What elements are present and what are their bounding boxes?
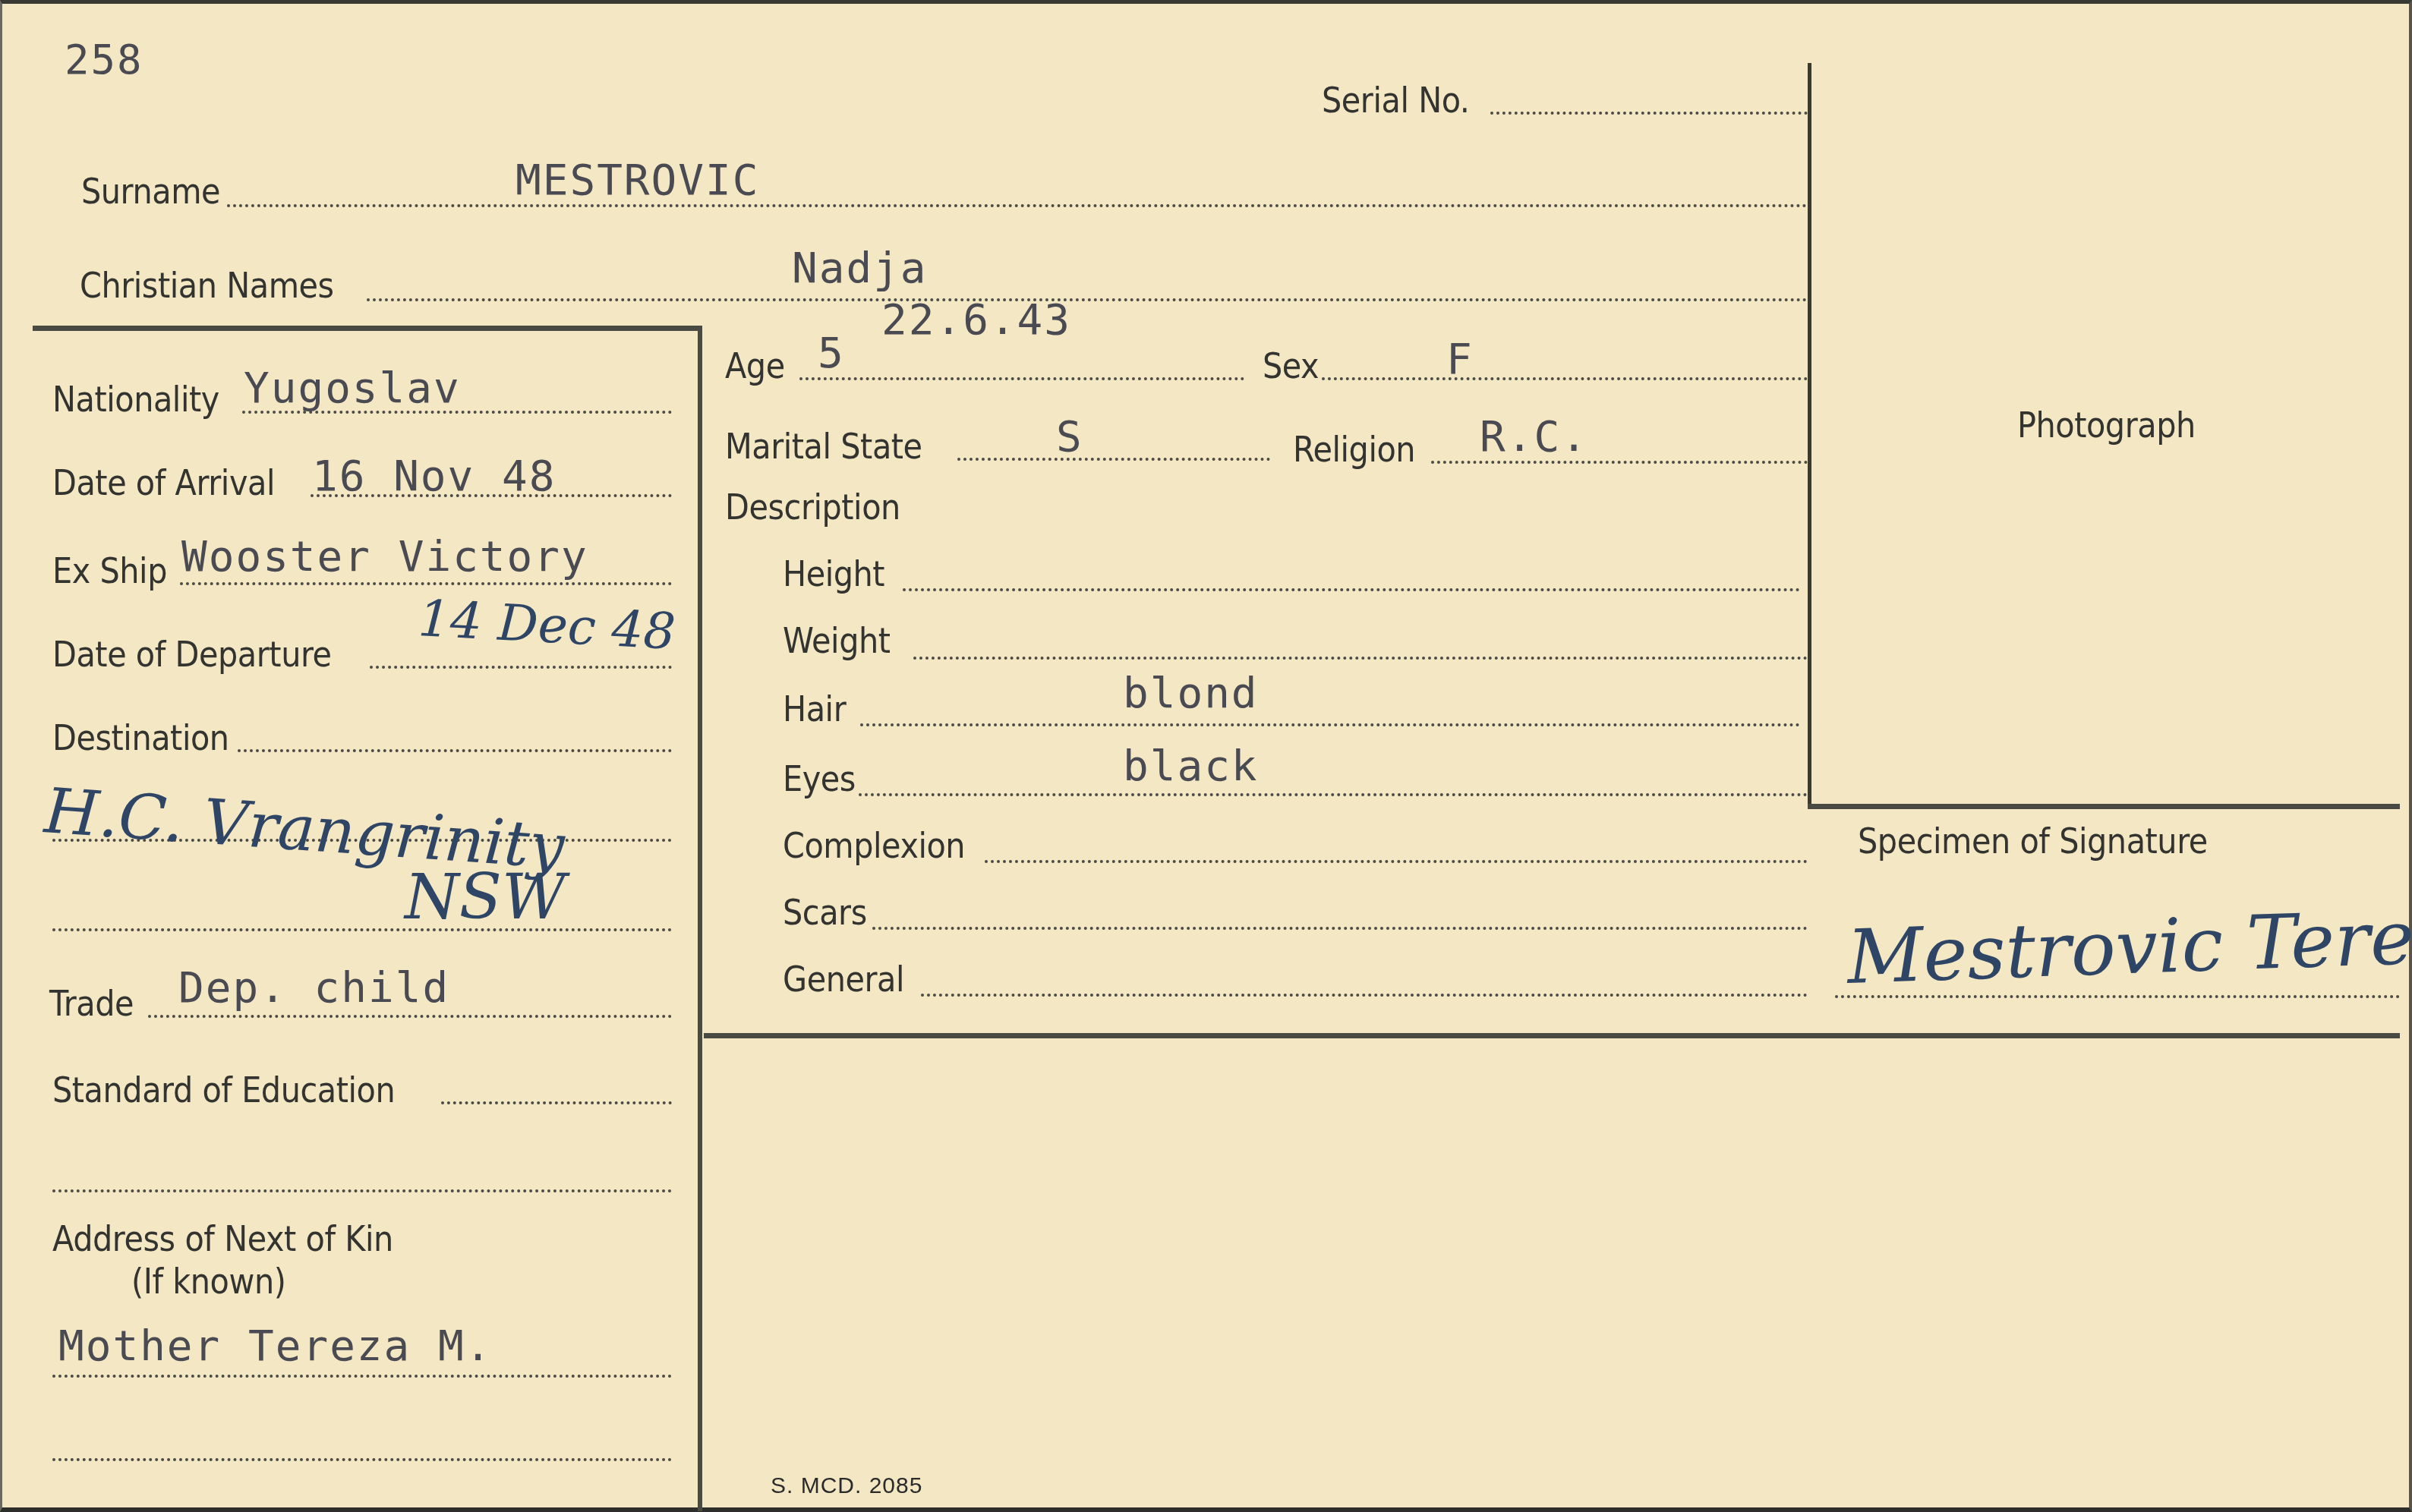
marital-state-value: S — [1056, 412, 1083, 461]
date-of-departure-value: 14 Dec 48 — [417, 589, 676, 661]
sex-field[interactable] — [1322, 377, 1808, 380]
destination-label: Destination — [52, 717, 229, 758]
destination-field-1[interactable] — [238, 749, 672, 752]
religion-value: R.C. — [1480, 412, 1588, 461]
trade-field[interactable] — [148, 1015, 672, 1018]
date-of-departure-field[interactable] — [370, 666, 672, 669]
sex-value: F — [1446, 335, 1474, 384]
destination-value-line2: NSW — [405, 862, 566, 934]
religion-label: Religion — [1293, 429, 1415, 470]
sex-label: Sex — [1263, 345, 1319, 386]
height-label: Height — [783, 553, 884, 594]
standard-of-education-label: Standard of Education — [52, 1069, 395, 1110]
signature-label: Specimen of Signature — [1858, 821, 2208, 862]
destination-field-3[interactable] — [52, 928, 672, 931]
form-code: S. MCD. 2085 — [771, 1473, 922, 1499]
date-of-birth-value: 22.6.43 — [881, 295, 1071, 345]
trade-label: Trade — [49, 983, 134, 1024]
complexion-field[interactable] — [985, 860, 1808, 863]
marital-state-label: Marital State — [725, 426, 922, 467]
trade-value: Dep. child — [178, 963, 449, 1013]
nationality-value: Yugoslav — [244, 364, 461, 413]
date-of-arrival-value: 16 Nov 48 — [312, 452, 556, 501]
ex-ship-label: Ex Ship — [52, 550, 167, 591]
left-column-top-rule — [33, 326, 701, 331]
left-column-divider — [698, 326, 702, 1511]
scars-field[interactable] — [872, 927, 1808, 930]
eyes-label: Eyes — [783, 758, 856, 799]
standard-of-education-field[interactable] — [441, 1101, 672, 1104]
age-label: Age — [725, 345, 785, 386]
standard-of-education-field-2[interactable] — [52, 1189, 672, 1192]
ex-ship-value: Wooster Victory — [181, 532, 588, 581]
hair-value: blond — [1123, 669, 1259, 718]
weight-field[interactable] — [913, 657, 1808, 660]
complexion-label: Complexion — [783, 825, 965, 866]
age-value: 5 — [818, 329, 845, 378]
height-field[interactable] — [903, 588, 1800, 591]
next-of-kin-sublabel: (If known) — [131, 1261, 285, 1302]
description-label: Description — [725, 487, 900, 528]
christian-names-field[interactable] — [367, 298, 1808, 301]
date-of-arrival-label: Date of Arrival — [52, 462, 275, 503]
general-field[interactable] — [921, 994, 1808, 997]
hair-field[interactable] — [860, 723, 1800, 726]
serial-no-label: Serial No. — [1322, 80, 1470, 121]
photo-box-left-border — [1808, 63, 1811, 807]
next-of-kin-field[interactable] — [52, 1375, 672, 1378]
christian-names-label: Christian Names — [80, 265, 334, 306]
nationality-label: Nationality — [52, 379, 219, 420]
weight-label: Weight — [783, 620, 891, 661]
christian-names-value: Nadja — [792, 244, 928, 293]
surname-label: Surname — [81, 171, 220, 212]
surname-value: MESTROVIC — [516, 156, 759, 205]
age-field[interactable] — [799, 377, 1244, 380]
general-label: General — [783, 959, 904, 1000]
surname-field[interactable] — [227, 204, 1808, 207]
next-of-kin-label: Address of Next of Kin — [52, 1218, 393, 1259]
description-bottom-rule — [704, 1033, 2400, 1038]
ex-ship-field[interactable] — [180, 582, 672, 585]
serial-no-field[interactable] — [1490, 112, 1808, 115]
date-of-departure-label: Date of Departure — [52, 634, 332, 675]
signature-value: Mestrovic Tereza — [1846, 892, 2412, 1001]
hair-label: Hair — [783, 688, 846, 729]
eyes-value: black — [1123, 742, 1259, 791]
marital-state-field[interactable] — [957, 458, 1270, 461]
next-of-kin-value: Mother Tereza M. — [58, 1321, 492, 1371]
eyes-field[interactable] — [859, 793, 1808, 796]
card-number: 258 — [65, 36, 143, 83]
registration-card: 258 Serial No. Surname MESTROVIC Christi… — [0, 0, 2412, 1512]
next-of-kin-field-2[interactable] — [52, 1458, 672, 1461]
photograph-box: Photograph — [1812, 68, 2400, 804]
scars-label: Scars — [783, 892, 867, 933]
photograph-label: Photograph — [2017, 405, 2196, 446]
photo-box-bottom-border — [1808, 804, 2400, 809]
